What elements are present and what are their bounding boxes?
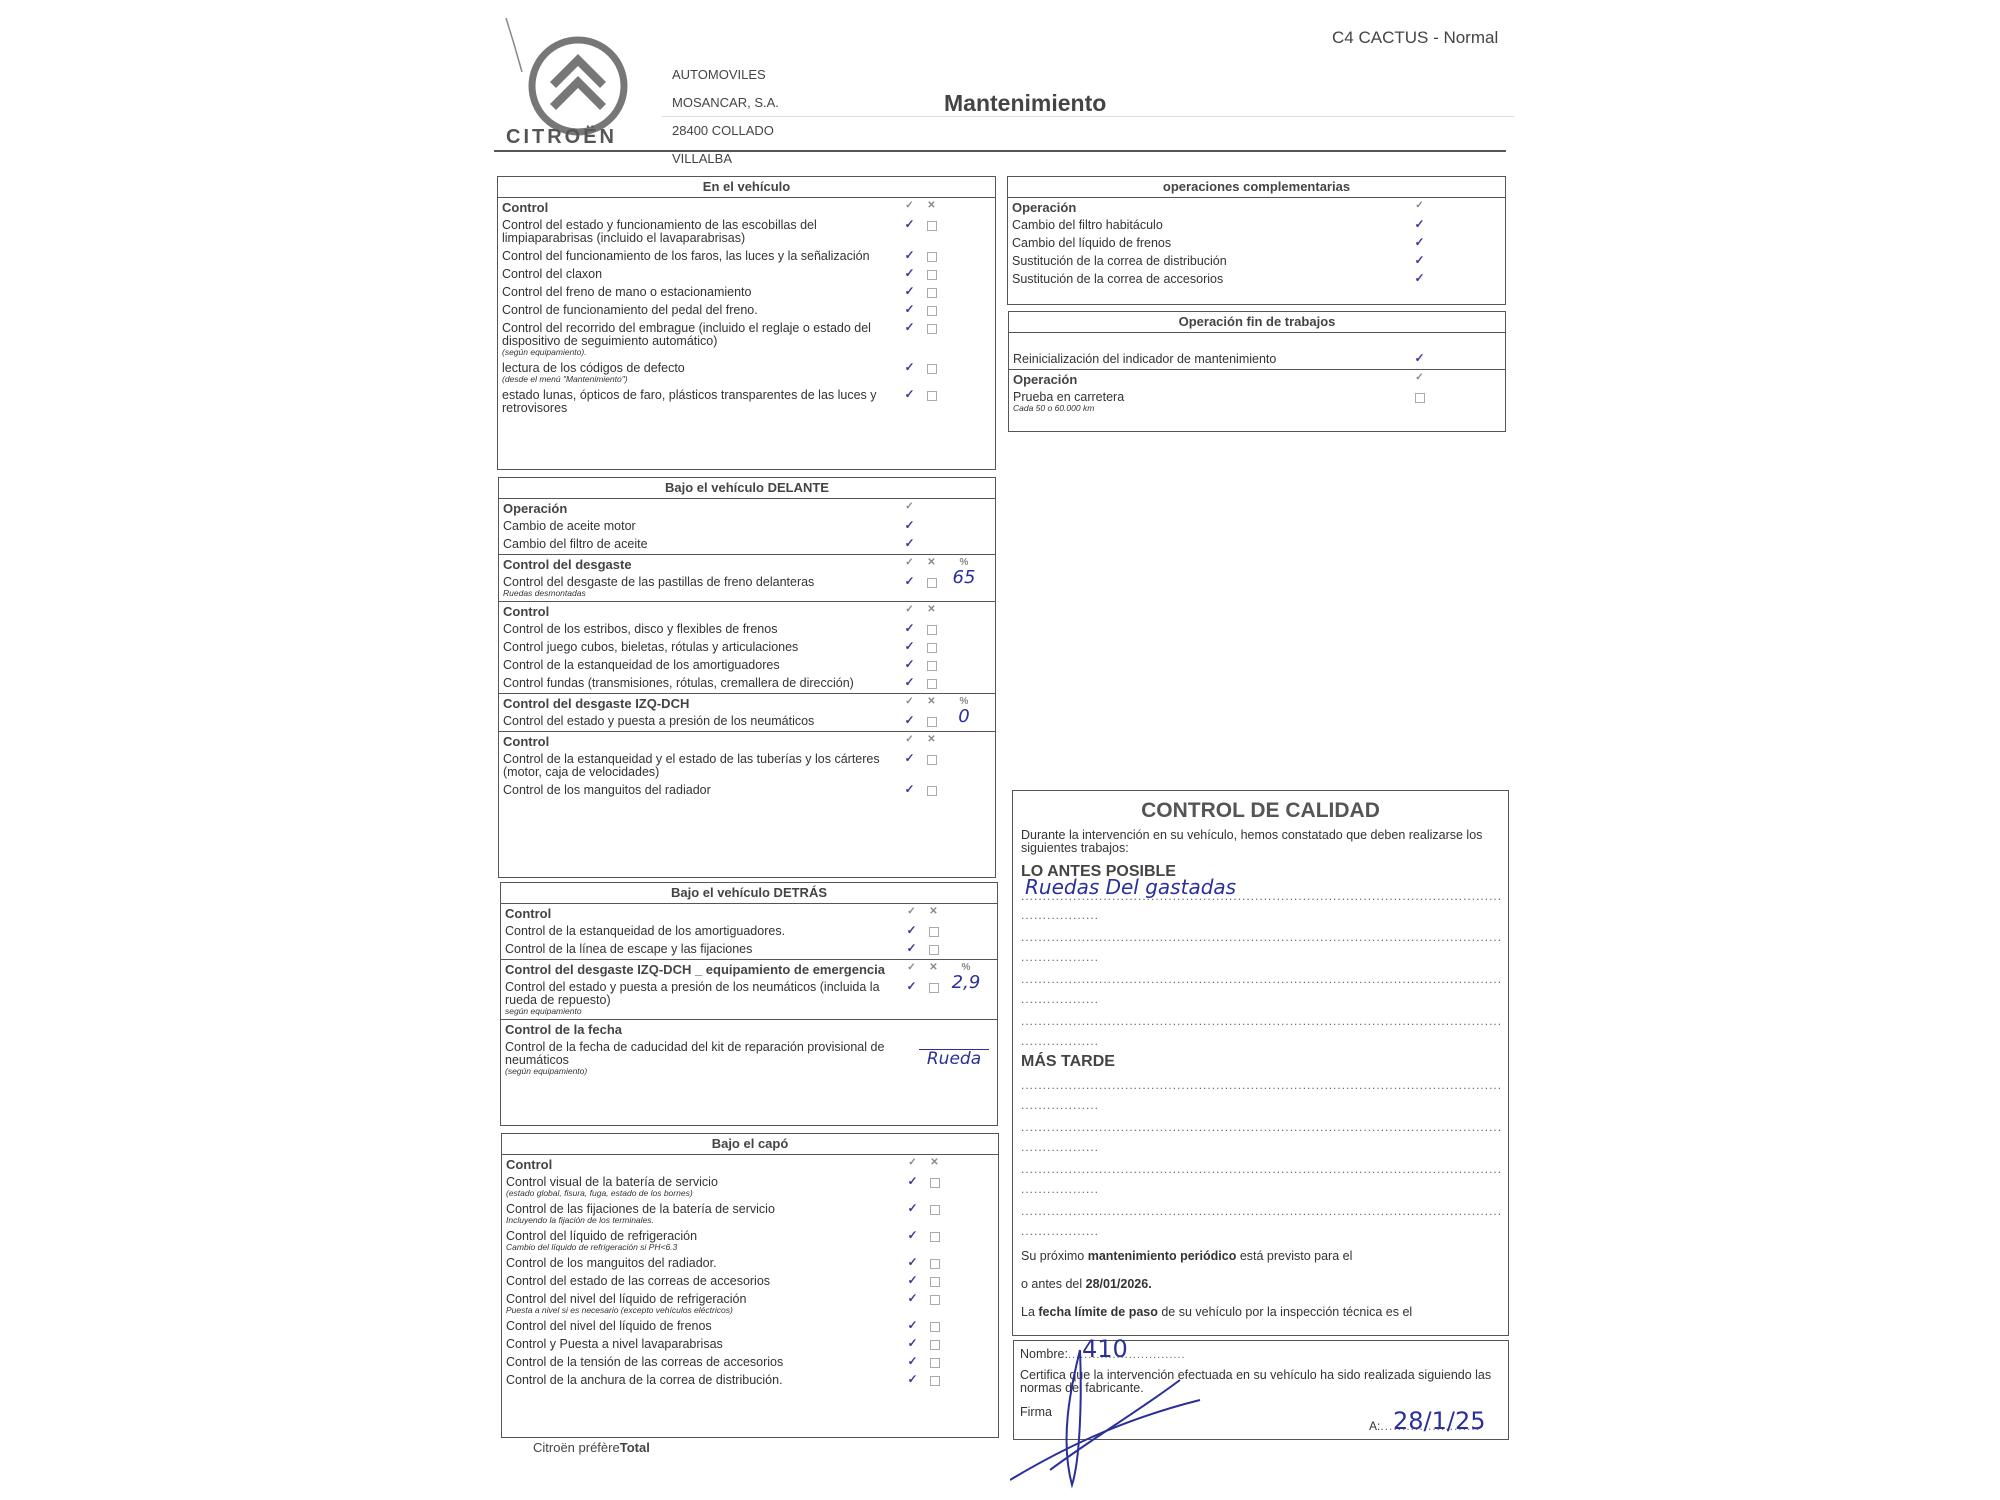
brand-wordmark: CITROËN [506, 126, 617, 149]
checklist-row: Control del funcionamiento de los faros,… [498, 248, 995, 266]
item-label: Reinicialización del indicador de manten… [1013, 352, 1276, 366]
checkbox-ok-checked-icon[interactable]: ✓ [904, 677, 915, 688]
item-label: Control de funcionamiento del pedal del … [502, 303, 758, 317]
checkbox-ok-checked-icon[interactable]: ✓ [904, 286, 915, 297]
checkbox-ok-checked-icon[interactable]: ✓ [904, 389, 915, 400]
dotted-line: .................... [1021, 1219, 1097, 1239]
group-header: Control de la fecha [501, 1020, 997, 1039]
checklist-group: Reinicialización del indicador de manten… [1009, 333, 1505, 369]
checklist-group: Control del desgaste IZQ-DCH _ equipamie… [501, 959, 997, 1019]
checkbox-ko-empty-icon[interactable] [927, 625, 937, 635]
checklist-row: Control fundas (transmisiones, rótulas, … [499, 675, 995, 693]
fecha-handwritten: 28/1/25 [1393, 1407, 1486, 1435]
ok-column-icon: ✓ [904, 200, 915, 211]
checklist-row: Reinicialización del indicador de manten… [1009, 351, 1505, 369]
checkbox-ok-checked-icon[interactable]: ✓ [907, 1338, 918, 1349]
date-bold: 28/01/2026. [1086, 1277, 1152, 1291]
item-note: Ruedas desmontadas [503, 589, 885, 598]
item-note: Puesta a nivel si es necesario (excepto … [506, 1306, 888, 1315]
dealer-line: 28400 COLLADO [672, 124, 779, 138]
section-complementarias: operaciones complementariasOperación✓Cam… [1007, 176, 1506, 305]
item-label: Control juego cubos, bieletas, rótulas y… [503, 640, 798, 654]
section-title: operaciones complementarias [1008, 177, 1505, 198]
signature-scribble-icon [1010, 1340, 1210, 1490]
item-label: lectura de los códigos de defecto [502, 361, 685, 375]
checklist-row: Control de la anchura de la correa de di… [502, 1372, 998, 1390]
checkbox-ko-empty-icon[interactable] [927, 252, 937, 262]
checkbox-ok-checked-icon[interactable]: ✓ [907, 1257, 918, 1268]
fecha-field[interactable]: A:....................... 28/1/25 [1369, 1419, 1480, 1433]
group-header: Control✓✕ [499, 602, 995, 621]
section-en-vehiculo: En el vehículoControl✓✕Control del estad… [497, 176, 996, 470]
checklist-row: Control de la estanqueidad de los amorti… [501, 923, 997, 941]
checkbox-ko-empty-icon[interactable] [927, 717, 937, 727]
checklist-row: Control y Puesta a nivel lavaparabrisas✓ [502, 1336, 998, 1354]
spacer-row [1009, 333, 1505, 351]
checklist-row: Control del nivel del líquido de frenos✓ [502, 1318, 998, 1336]
text: está previsto para el [1236, 1249, 1352, 1263]
page-title: Mantenimiento [944, 90, 1106, 117]
item-label: Sustitución de la correa de accesorios [1012, 272, 1223, 286]
ok-column-icon: ✓ [906, 906, 917, 917]
checkbox-ok-checked-icon[interactable]: ✓ [907, 1203, 918, 1214]
checkbox-ko-empty-icon[interactable] [927, 679, 937, 689]
ko-column-icon: ✕ [926, 696, 937, 707]
date-value-handwritten[interactable]: Rueda [919, 1049, 989, 1065]
checkbox-ko-empty-icon[interactable] [929, 927, 939, 937]
group-header: Control✓✕ [498, 198, 995, 217]
dotted-line: .................... [1021, 987, 1097, 1007]
checklist-group: Control✓✕Control visual de la batería de… [502, 1155, 998, 1390]
checkbox-ok-checked-icon[interactable]: ✓ [904, 538, 915, 549]
item-label: Control fundas (transmisiones, rótulas, … [503, 676, 854, 690]
checkbox-ok-checked-icon[interactable]: ✓ [904, 304, 915, 315]
checkbox-ko-empty-icon[interactable] [927, 288, 937, 298]
item-label: Control del recorrido del embrague (incl… [502, 321, 871, 348]
text-bold: fecha límite de paso [1038, 1305, 1157, 1319]
item-label: Control de la estanqueidad de los amorti… [503, 658, 780, 672]
ko-column-icon: ✕ [928, 962, 939, 973]
text: La [1021, 1305, 1038, 1319]
checkbox-ko-empty-icon[interactable] [929, 983, 939, 993]
checklist-row: estado lunas, ópticos de faro, plásticos… [498, 387, 995, 418]
checkbox-ok-checked-icon[interactable]: ✓ [904, 250, 915, 261]
checkbox-ok-checked-icon[interactable]: ✓ [907, 1356, 918, 1367]
item-note: (desde el menú "Mantenimiento") [502, 375, 885, 384]
checklist-row: Control de los manguitos del radiador.✓ [502, 1255, 998, 1273]
text: o antes del [1021, 1277, 1086, 1291]
checklist-row: Control de la estanqueidad de los amorti… [499, 657, 995, 675]
item-note: (según equipamiento) [505, 1067, 887, 1076]
checkbox-ok-empty-icon[interactable] [1415, 393, 1425, 403]
dotted-line[interactable]: ........................................… [1021, 1113, 1500, 1135]
checklist-group: Operación✓Cambio del filtro habitáculo✓C… [1008, 198, 1505, 289]
checkbox-ok-checked-icon[interactable]: ✓ [904, 753, 915, 764]
item-label: Control de los estribos, disco y flexibl… [503, 622, 777, 636]
ok-column-icon: ✓ [904, 557, 915, 568]
checkbox-ok-checked-icon[interactable]: ✓ [1414, 255, 1425, 266]
checkbox-ko-empty-icon[interactable] [927, 578, 937, 588]
text: Su próximo [1021, 1249, 1088, 1263]
group-header: Control✓✕ [502, 1155, 998, 1174]
item-label: Control de la línea de escape y las fija… [505, 942, 752, 956]
item-label: Control de la tensión de las correas de … [506, 1355, 783, 1369]
checkbox-ok-checked-icon[interactable]: ✓ [904, 715, 915, 726]
checkbox-ok-checked-icon[interactable]: ✓ [906, 943, 917, 954]
checklist-row: Prueba en carreteraCada 50 o 60.000 km [1009, 389, 1505, 416]
checkbox-ok-checked-icon[interactable]: ✓ [904, 659, 915, 670]
checklist-row: Sustitución de la correa de accesorios✓ [1008, 271, 1505, 289]
checklist-row: Control de las fijaciones de la batería … [502, 1201, 998, 1228]
checkbox-ok-checked-icon[interactable]: ✓ [1414, 219, 1425, 230]
checklist-group: Control✓✕Control de la estanqueidad y el… [499, 731, 995, 800]
ko-column-icon: ✕ [926, 604, 937, 615]
item-label: Cambio del filtro de aceite [503, 537, 648, 551]
checkbox-ko-empty-icon[interactable] [927, 364, 937, 374]
section-bajo-delante: Bajo el vehículo DELANTEOperación✓Cambio… [498, 477, 996, 878]
item-label: estado lunas, ópticos de faro, plásticos… [502, 388, 877, 415]
section-bajo-capo: Bajo el capóControl✓✕Control visual de l… [501, 1133, 999, 1438]
group-header: Control del desgaste✓✕% [499, 555, 995, 574]
footer-bold: Total [620, 1440, 650, 1455]
checklist-row: Control de la fecha de caducidad del kit… [501, 1039, 997, 1079]
next-maintenance-date: o antes del 28/01/2026. [1021, 1277, 1500, 1291]
item-label: Control de la estanqueidad y el estado d… [503, 752, 880, 779]
item-label: Control de la anchura de la correa de di… [506, 1373, 783, 1387]
fecha-label: A: [1369, 1419, 1380, 1433]
ok-column-icon: ✓ [906, 962, 917, 973]
section-title: En el vehículo [498, 177, 995, 198]
dealer-line: AUTOMOVILES [672, 68, 779, 82]
checkbox-ko-empty-icon[interactable] [930, 1178, 940, 1188]
checkbox-ko-empty-icon[interactable] [927, 643, 937, 653]
checkbox-ok-checked-icon[interactable]: ✓ [904, 576, 915, 587]
checklist-group: Control del desgaste✓✕%Control del desga… [499, 554, 995, 601]
dotted-line[interactable]: ........................................… [1021, 1071, 1500, 1093]
item-label: Control del estado y funcionamiento de l… [502, 218, 817, 245]
asap-line-1[interactable]: ........................................… [1021, 881, 1500, 903]
section-fin-trabajos: Operación fin de trabajos Reinicializaci… [1008, 311, 1506, 432]
item-note: según equipamiento [505, 1007, 887, 1016]
item-label: Control del desgaste de las pastillas de… [503, 575, 814, 589]
group-header: Operación✓ [499, 499, 995, 518]
checkbox-ok-checked-icon[interactable]: ✓ [1414, 353, 1425, 364]
item-note: (según equipamiento). [502, 348, 885, 357]
checkbox-ko-empty-icon[interactable] [930, 1358, 940, 1368]
ok-column-icon: ✓ [904, 604, 915, 615]
checklist-group: Control de la fechaControl de la fecha d… [501, 1019, 997, 1079]
checklist-row: Control del claxon✓ [498, 266, 995, 284]
item-label: Sustitución de la correa de distribución [1012, 254, 1227, 268]
item-label: Cambio de aceite motor [503, 519, 636, 533]
item-note: (estado global, fisura, fuga, estado de … [506, 1189, 888, 1198]
section-title: Operación fin de trabajos [1009, 312, 1505, 333]
dotted-line: .................... [1021, 1029, 1097, 1049]
dealer-line: MOSANCAR, S.A. [672, 96, 779, 110]
checklist-row: Sustitución de la correa de distribución… [1008, 253, 1505, 271]
footer-brand-note: Citroën préfèreTotal [533, 1440, 650, 1455]
item-label: Control del estado de las correas de acc… [506, 1274, 770, 1288]
checklist-row: Control de la estanqueidad y el estado d… [499, 751, 995, 782]
group-header: Operación✓ [1008, 198, 1505, 217]
section-bajo-detras: Bajo el vehículo DETRÁSControl✓✕Control … [500, 882, 998, 1126]
item-label: Control visual de la batería de servicio [506, 1175, 718, 1189]
ko-column-icon: ✕ [926, 557, 937, 568]
checklist-row: Cambio del líquido de frenos✓ [1008, 235, 1505, 253]
checklist-row: Control visual de la batería de servicio… [502, 1174, 998, 1201]
checkbox-ok-checked-icon[interactable]: ✓ [904, 219, 915, 230]
checkbox-ko-empty-icon[interactable] [927, 306, 937, 316]
asap-handwritten: Ruedas Del gastadas [1025, 875, 1236, 899]
checkbox-ok-checked-icon[interactable]: ✓ [1414, 273, 1425, 284]
item-label: Control de la estanqueidad de los amorti… [505, 924, 785, 938]
vehicle-model: C4 CACTUS - Normal [1332, 28, 1498, 48]
checkbox-ok-checked-icon[interactable]: ✓ [906, 981, 917, 992]
quality-control-panel: CONTROL DE CALIDAD Durante la intervenci… [1012, 790, 1509, 1336]
checkbox-ko-empty-icon[interactable] [927, 755, 937, 765]
checkbox-ko-empty-icon[interactable] [930, 1295, 940, 1305]
checkbox-ko-empty-icon[interactable] [930, 1277, 940, 1287]
checkbox-ok-checked-icon[interactable]: ✓ [904, 641, 915, 652]
checkbox-ok-checked-icon[interactable]: ✓ [907, 1320, 918, 1331]
checklist-row: Control de la tensión de las correas de … [502, 1354, 998, 1372]
checkbox-ko-empty-icon[interactable] [927, 221, 937, 231]
item-label: Cambio del líquido de frenos [1012, 236, 1171, 250]
item-label: Prueba en carretera [1013, 390, 1124, 404]
ok-column-icon: ✓ [904, 696, 915, 707]
percent-value[interactable]: 2,9 [949, 977, 983, 988]
checkbox-ok-checked-icon[interactable]: ✓ [904, 268, 915, 279]
checkbox-ok-checked-icon[interactable]: ✓ [907, 1374, 918, 1385]
checklist-group: Control del desgaste IZQ-DCH✓✕%Control d… [499, 693, 995, 731]
dotted-line: .................... [1021, 1177, 1097, 1197]
checkbox-ko-empty-icon[interactable] [930, 1205, 940, 1215]
item-note: Cambio del líquido de refrigeración si P… [506, 1243, 888, 1252]
section-title: Bajo el vehículo DELANTE [499, 478, 995, 499]
checklist-row: Control de funcionamiento del pedal del … [498, 302, 995, 320]
item-label: Control del funcionamiento de los faros,… [502, 249, 870, 263]
item-label: Control del nivel del líquido de refrige… [506, 1292, 746, 1306]
checkbox-ko-empty-icon[interactable] [927, 661, 937, 671]
checkbox-ok-checked-icon[interactable]: ✓ [904, 362, 915, 373]
item-label: Control del claxon [502, 267, 602, 281]
dotted-line: .................... [1021, 945, 1097, 965]
checklist-row: Control del estado y puesta a presión de… [501, 979, 997, 1019]
checklist-row: Control del estado y puesta a presión de… [499, 713, 995, 731]
item-label: Control del estado y puesta a presión de… [505, 980, 880, 1007]
checklist-row: lectura de los códigos de defecto(desde … [498, 360, 995, 387]
checklist-row: Control del estado de las correas de acc… [502, 1273, 998, 1291]
checklist-group: Control✓✕Control del estado y funcionami… [498, 198, 995, 418]
next-maintenance-text: Su próximo mantenimiento periódico está … [1021, 1249, 1500, 1263]
checkbox-ok-checked-icon[interactable]: ✓ [907, 1176, 918, 1187]
checklist-group: Operación✓Prueba en carreteraCada 50 o 6… [1009, 369, 1505, 416]
group-header: Operación✓ [1009, 370, 1505, 389]
dealer-line: VILLALBA [672, 152, 779, 166]
item-label: Control del líquido de refrigeración [506, 1229, 697, 1243]
divider [494, 150, 1506, 152]
checkbox-ok-checked-icon[interactable]: ✓ [904, 784, 915, 795]
checkbox-ok-checked-icon[interactable]: ✓ [904, 520, 915, 531]
checkbox-ok-checked-icon[interactable]: ✓ [906, 925, 917, 936]
checklist-row: Cambio del filtro de aceite✓ [499, 536, 995, 554]
ok-column-icon: ✓ [904, 501, 915, 512]
checklist-row: Control del recorrido del embrague (incl… [498, 320, 995, 360]
checkbox-ko-empty-icon[interactable] [930, 1232, 940, 1242]
itv-deadline-text: La fecha límite de paso de su vehículo p… [1021, 1305, 1500, 1319]
checkbox-ok-checked-icon[interactable]: ✓ [907, 1230, 918, 1241]
checklist-row: Control de la línea de escape y las fija… [501, 941, 997, 959]
checklist-group: Control✓✕Control de la estanqueidad de l… [501, 904, 997, 959]
divider [662, 116, 1514, 117]
checklist-row: Control del desgaste de las pastillas de… [499, 574, 995, 601]
checklist-group: Operación✓Cambio de aceite motor✓Cambio … [499, 499, 995, 554]
quality-intro: Durante la intervención en su vehículo, … [1021, 829, 1500, 855]
checkbox-ko-empty-icon[interactable] [930, 1259, 940, 1269]
footer-prefix: Citroën préfère [533, 1440, 620, 1455]
ko-column-icon: ✕ [928, 906, 939, 917]
section-title: Bajo el vehículo DETRÁS [501, 883, 997, 904]
checkbox-ko-empty-icon[interactable] [927, 270, 937, 280]
later-title: MÁS TARDE [1021, 1053, 1500, 1071]
group-header: Control del desgaste IZQ-DCH _ equipamie… [501, 960, 997, 979]
checklist-row: Control juego cubos, bieletas, rótulas y… [499, 639, 995, 657]
group-header: Control✓✕ [501, 904, 997, 923]
checkbox-ko-empty-icon[interactable] [929, 945, 939, 955]
text: de su vehículo por la inspección técnica… [1158, 1305, 1412, 1319]
checklist-row: Control del líquido de refrigeraciónCamb… [502, 1228, 998, 1255]
dotted-line[interactable]: ........................................… [1021, 965, 1500, 987]
dotted-line[interactable]: ........................................… [1021, 1007, 1500, 1029]
dotted-line: .................... [1021, 903, 1097, 923]
checkbox-ko-empty-icon[interactable] [927, 324, 937, 334]
checkbox-ko-empty-icon[interactable] [927, 786, 937, 796]
section-title: Bajo el capó [502, 1134, 998, 1155]
quality-title: CONTROL DE CALIDAD [1021, 799, 1500, 823]
checkbox-ko-empty-icon[interactable] [930, 1322, 940, 1332]
checklist-row: Control de los estribos, disco y flexibl… [499, 621, 995, 639]
checkbox-ko-empty-icon[interactable] [930, 1340, 940, 1350]
item-label: Control de los manguitos del radiador. [506, 1256, 717, 1270]
ok-column-icon: ✓ [1414, 200, 1425, 211]
item-label: Cambio del filtro habitáculo [1012, 218, 1163, 232]
group-header: Control✓✕ [499, 732, 995, 751]
checkbox-ok-checked-icon[interactable]: ✓ [907, 1293, 918, 1304]
checklist-row: Control del estado y funcionamiento de l… [498, 217, 995, 248]
checkbox-ko-empty-icon[interactable] [927, 391, 937, 401]
item-note: Incluyendo la fijación de los terminales… [506, 1216, 888, 1225]
checkbox-ok-checked-icon[interactable]: ✓ [907, 1275, 918, 1286]
checklist-row: Cambio de aceite motor✓ [499, 518, 995, 536]
item-label: Control y Puesta a nivel lavaparabrisas [506, 1337, 723, 1351]
checkbox-ok-checked-icon[interactable]: ✓ [904, 322, 915, 333]
percent-value[interactable]: 65 [947, 572, 981, 583]
item-label: Control de la fecha de caducidad del kit… [505, 1040, 884, 1067]
item-label: Control del nivel del líquido de frenos [506, 1319, 712, 1333]
ok-column-icon: ✓ [1414, 372, 1425, 383]
text-bold: mantenimiento periódico [1088, 1249, 1237, 1263]
checklist-row: Control del nivel del líquido de refrige… [502, 1291, 998, 1318]
ko-column-icon: ✕ [926, 734, 937, 745]
checklist-row: Control del freno de mano o estacionamie… [498, 284, 995, 302]
ok-column-icon: ✓ [907, 1157, 918, 1168]
item-label: Control de las fijaciones de la batería … [506, 1202, 775, 1216]
item-label: Control del estado y puesta a presión de… [503, 714, 814, 728]
percent-value[interactable]: 0 [947, 711, 981, 722]
item-note: Cada 50 o 60.000 km [1013, 404, 1395, 413]
group-header: Control del desgaste IZQ-DCH✓✕% [499, 694, 995, 713]
checklist-group: Control✓✕Control de los estribos, disco … [499, 601, 995, 693]
item-label: Control de los manguitos del radiador [503, 783, 711, 797]
checklist-row: Control de los manguitos del radiador✓ [499, 782, 995, 800]
dotted-line[interactable]: ........................................… [1021, 1197, 1500, 1219]
ok-column-icon: ✓ [904, 734, 915, 745]
dotted-line: .................... [1021, 1135, 1097, 1155]
dotted-line[interactable]: ........................................… [1021, 923, 1500, 945]
dotted-line: .................... [1021, 1093, 1097, 1113]
checkbox-ok-checked-icon[interactable]: ✓ [904, 623, 915, 634]
dotted-line[interactable]: ........................................… [1021, 1155, 1500, 1177]
checkbox-ok-checked-icon[interactable]: ✓ [1414, 237, 1425, 248]
checkbox-ko-empty-icon[interactable] [930, 1376, 940, 1386]
checklist-row: Cambio del filtro habitáculo✓ [1008, 217, 1505, 235]
ko-column-icon: ✕ [929, 1157, 940, 1168]
ko-column-icon: ✕ [926, 200, 937, 211]
item-label: Control del freno de mano o estacionamie… [502, 285, 751, 299]
